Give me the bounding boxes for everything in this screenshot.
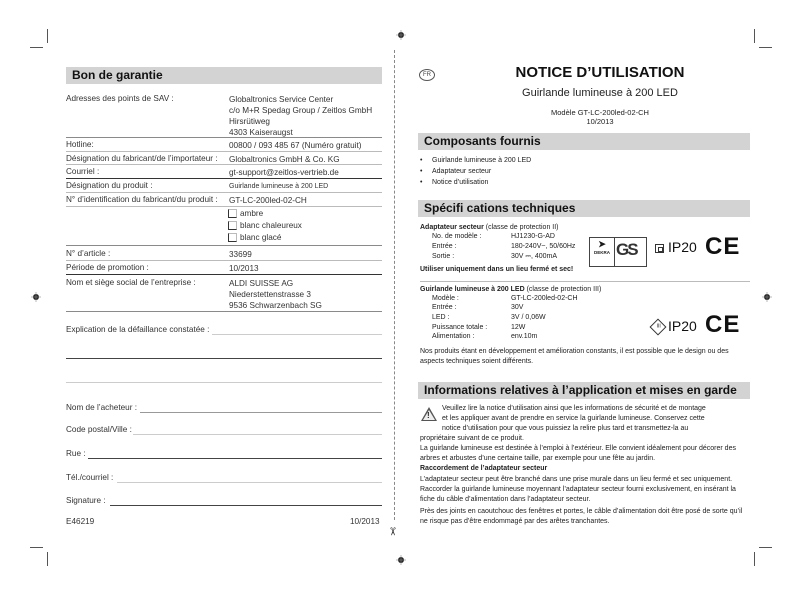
row-value: Globaltronics Service Center c/o M+R Spe…	[229, 94, 372, 138]
registration-mark-icon	[396, 555, 406, 565]
phone-email-input[interactable]	[117, 482, 382, 483]
adapter-warning: Utiliser uniquement dans un lieu fermé e…	[420, 266, 573, 273]
buyer-name-input[interactable]	[140, 412, 382, 413]
checkbox-ambre[interactable]	[228, 209, 237, 218]
signature-label: Signature :	[66, 496, 106, 505]
crop-mark	[47, 29, 48, 43]
crop-mark	[759, 547, 772, 548]
spec-label: No. de modèle :	[432, 233, 481, 240]
warning-text: Veuillez lire la notice d’utilisation ai…	[420, 404, 750, 464]
protection-class-3-icon: III	[650, 319, 667, 336]
spec-label: LED :	[432, 314, 450, 321]
ce-mark-icon: CE	[705, 233, 740, 261]
spec-value: GT-LC-200led-02-CH	[511, 295, 578, 302]
divider	[66, 245, 382, 246]
crop-mark	[30, 47, 43, 48]
divider	[66, 151, 382, 152]
ip20-label: IP20	[668, 239, 697, 255]
checkbox-blanc-glace[interactable]	[228, 233, 237, 242]
street-input[interactable]	[88, 458, 382, 459]
warranty-header: Bon de garantie	[66, 67, 382, 84]
registration-mark-icon	[762, 292, 772, 302]
defect-label: Explication de la défaillance constatée …	[66, 325, 209, 334]
crop-mark	[754, 552, 755, 566]
signature-input[interactable]	[110, 505, 382, 506]
defect-input[interactable]	[212, 334, 382, 335]
divider	[66, 178, 382, 179]
defect-input-line-2[interactable]	[66, 358, 382, 359]
buyer-name-label: Nom de l’acheteur :	[66, 403, 137, 412]
components-header: Composants fournis	[418, 133, 750, 150]
row-label: Adresses des points de SAV :	[66, 94, 174, 103]
spec-value: 3V / 0,06W	[511, 314, 546, 321]
phone-email-label: Tél./courriel :	[66, 473, 113, 482]
checkbox-label: blanc chaleureux	[240, 221, 302, 230]
registration-mark-icon	[396, 30, 406, 40]
spec-label: Entrée :	[432, 304, 457, 311]
ip20-label: IP20	[668, 318, 697, 334]
divider	[66, 137, 382, 138]
divider	[66, 206, 382, 207]
spec-label: Modèle :	[432, 295, 459, 302]
divider	[66, 164, 382, 165]
garland-title: Guirlande lumineuse à 200 LED (classe de…	[420, 286, 601, 293]
ce-mark-icon: CE	[705, 311, 740, 339]
crop-mark	[30, 547, 43, 548]
manual-title: NOTICE D’UTILISATION	[420, 64, 750, 81]
info-header: Informations relatives à l’application e…	[418, 382, 750, 399]
cut-line	[394, 50, 395, 520]
manual-subtitle: Guirlande lumineuse à 200 LED	[420, 87, 750, 99]
connect-paragraph-2: Près des joints en caoutchouc des fenêtr…	[420, 507, 750, 527]
connect-paragraph-1: L’adaptateur secteur peut être branché d…	[420, 475, 750, 505]
spec-value: HJ1230-G-AD	[511, 233, 555, 240]
street-label: Rue :	[66, 449, 86, 458]
adapter-title: Adaptateur secteur (classe de protection…	[420, 224, 559, 231]
defect-input-line-3[interactable]	[66, 382, 382, 383]
development-note: Nos produits étant en développement et a…	[420, 347, 750, 367]
crop-mark	[754, 29, 755, 43]
spec-value: 30V	[511, 304, 523, 311]
postal-city-label: Code postal/Ville :	[66, 425, 132, 434]
spec-label: Sortie :	[432, 253, 454, 260]
protection-class-2-icon	[655, 244, 664, 253]
registration-mark-icon	[31, 292, 41, 302]
divider	[66, 260, 382, 261]
spec-value: 30V ⎓, 400mA	[511, 253, 557, 261]
spec-label: Alimentation :	[432, 333, 474, 340]
dekra-gs-certification-icon: ➤DEKRA GS	[589, 237, 647, 267]
crop-mark	[47, 552, 48, 566]
footer-code: E46219	[66, 517, 94, 526]
divider	[66, 274, 382, 275]
checkbox-label: blanc glacé	[240, 233, 281, 242]
footer-date: 10/2013	[350, 517, 380, 526]
spec-value: 12W	[511, 324, 525, 331]
divider	[66, 192, 382, 193]
spec-value: env.10m	[511, 333, 537, 340]
manual-model: Modèle GT-LC-200led-02-CH 10/2013	[420, 108, 750, 126]
divider	[66, 311, 382, 312]
postal-city-input[interactable]	[133, 434, 382, 435]
spec-label: Puissance totale :	[432, 324, 487, 331]
connect-title: Raccordement de l’adaptateur secteur	[420, 464, 750, 474]
specs-header: Spécifi cations techniques	[418, 200, 750, 217]
spec-label: Entrée :	[432, 243, 457, 250]
checkbox-label: ambre	[240, 209, 263, 218]
spec-value: 180-240V~, 50/60Hz	[511, 243, 575, 250]
divider	[420, 281, 750, 282]
checkbox-blanc-chaleureux[interactable]	[228, 221, 237, 230]
crop-mark	[759, 47, 772, 48]
scissors-icon: ✂	[386, 527, 399, 536]
